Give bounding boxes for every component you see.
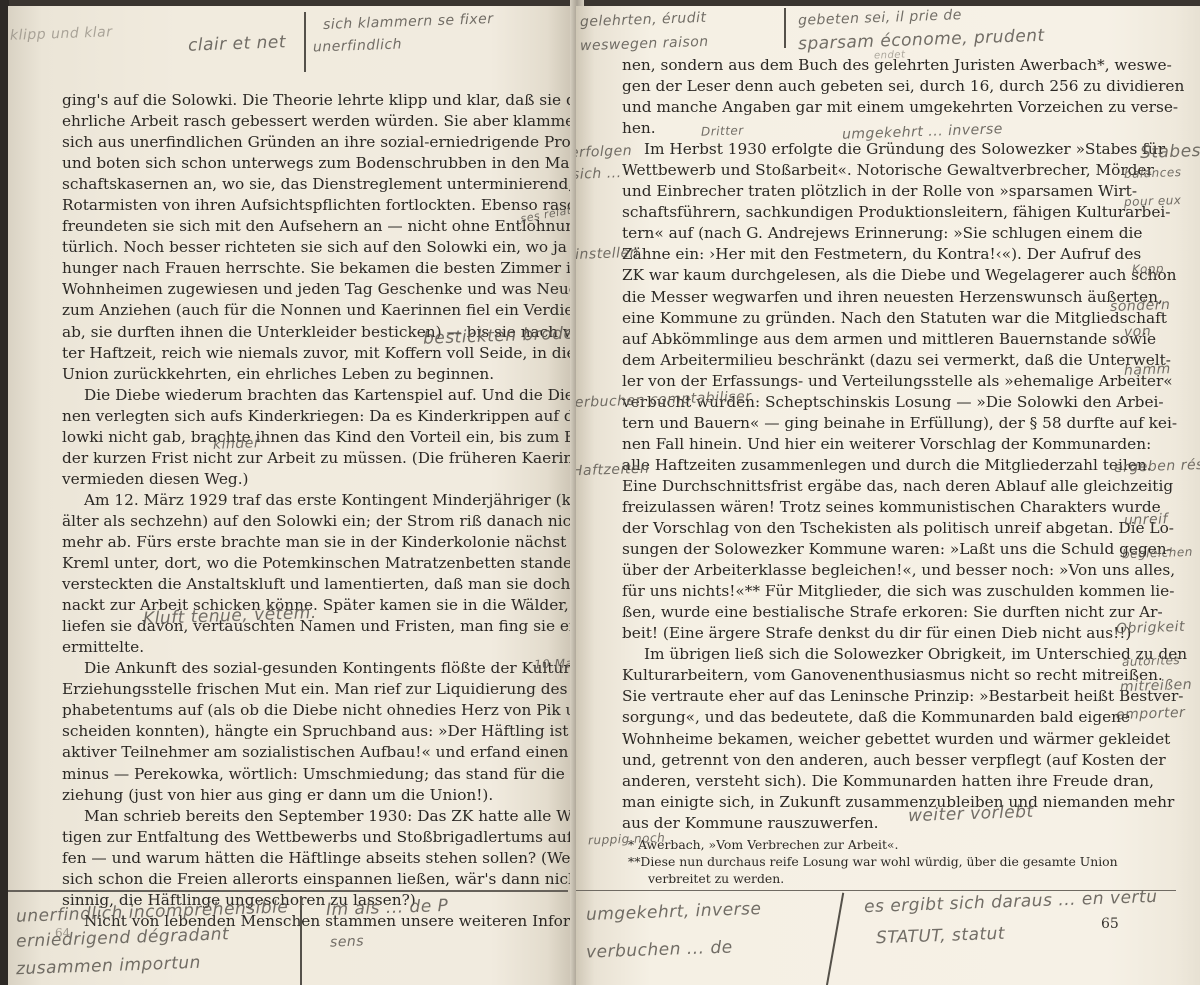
text-line: hunger nach Frauen herrschte. Sie bekame…	[62, 258, 532, 279]
annotation: sich klammern se fixer	[323, 11, 494, 33]
footnote: **Diese nun durchaus reife Losung war wo…	[628, 853, 1098, 870]
annotation: umgekehrt, inverse	[586, 899, 762, 925]
text-line: vermieden diesen Weg.)	[62, 469, 532, 490]
text-line: scheiden konnten), hängte ein Spruchband…	[62, 721, 532, 742]
text-line: Wettbewerb und Stoßarbeit«. Notorische G…	[622, 160, 1092, 181]
text-line: auf Abkömmlinge aus dem armen und mittle…	[622, 329, 1092, 350]
text-line: die Messer wegwarfen und ihren neuesten …	[622, 287, 1092, 308]
annotation: Dritter	[701, 123, 744, 138]
text-line: aktiver Teilnehmer am sozialistischen Au…	[62, 742, 532, 763]
text-line: Rotarmisten von ihren Aufsichtspflichten…	[62, 195, 532, 216]
annotation: Obrigkeit	[1116, 619, 1186, 637]
footnote-continuation: verbreitet zu werden.	[628, 870, 1098, 887]
annotation-divider	[300, 896, 302, 985]
text-line: Kulturarbeitern, vom Ganovenenthusiasmus…	[622, 665, 1092, 686]
annotation: Stabes	[1140, 141, 1200, 163]
text-line: nen, sondern aus dem Buch des gelehrten …	[622, 55, 1092, 76]
right-page: nen, sondern aus dem Buch des gelehrten …	[576, 6, 1200, 985]
text-line: Zähne ein: ›Her mit den Festmetern, du K…	[622, 244, 1092, 265]
page-number-right: 65	[1101, 916, 1119, 932]
annotation: ruppig noch	[588, 831, 666, 848]
annotation-divider	[826, 893, 844, 985]
text-line: dem Arbeitermilieu beschränkt (dazu sei …	[622, 350, 1092, 371]
text-line: Am 12. März 1929 traf das erste Kontinge…	[62, 490, 532, 511]
text-line: Im übrigen ließ sich die Solowezker Obri…	[622, 644, 1092, 665]
text-line: ziehung (just von hier aus ging er dann …	[62, 785, 532, 806]
book-spread: ging's auf die Solowki. Die Theorie lehr…	[0, 0, 1200, 985]
text-line: Im Herbst 1930 erfolgte die Gründung des…	[622, 139, 1092, 160]
text-line: nen Fall hinein. Und hier ein weiterer V…	[622, 434, 1092, 455]
text-line: mehr ab. Fürs erste brachte man sie in d…	[62, 532, 532, 553]
text-line: Man schrieb bereits den September 1930: …	[62, 806, 532, 827]
annotation: es ergibt sich daraus ... en vertu	[864, 887, 1158, 917]
text-line: ehrliche Arbeit rasch gebessert werden w…	[62, 111, 532, 132]
text-line: und, getrennt von den anderen, auch bess…	[622, 750, 1092, 771]
text-line: gen der Leser denn auch gebeten sei, dur…	[622, 76, 1092, 97]
annotation: pour eux	[1124, 193, 1182, 209]
annotation: autorités	[1122, 653, 1181, 669]
right-page-body: nen, sondern aus dem Buch des gelehrten …	[622, 55, 1092, 834]
annotation: Kopp	[1132, 261, 1165, 276]
text-line: ermittelte.	[62, 637, 532, 658]
text-line: türlich. Noch besser richteten sie sich …	[62, 237, 532, 258]
text-line: der kurzen Frist nicht zur Arbeit zu müs…	[62, 448, 532, 469]
annotation: sens	[330, 933, 365, 950]
annotation: zusammen importun	[16, 953, 202, 979]
text-line: beit! (Eine ärgere Strafe denkst du dir …	[622, 623, 1092, 644]
text-line: sorgung«, und das bedeutete, daß die Kom…	[622, 707, 1092, 728]
text-line: Union zurückkehrten, ein ehrliches Leben…	[62, 364, 532, 385]
text-line: Wohnheimen zugewiesen und jeden Tag Gesc…	[62, 279, 532, 300]
text-line: der Vorschlag von den Tschekisten als po…	[622, 518, 1092, 539]
annotation: verbuchen ... de	[586, 937, 733, 962]
text-line: Erziehungsstelle frischen Mut ein. Man r…	[62, 679, 532, 700]
annotation: emporter	[1116, 705, 1186, 723]
text-line: schaftsführern, sachkundigen Produktions…	[622, 202, 1092, 223]
annotation: unerfindlich	[313, 36, 403, 55]
annotation: gelehrten, érudit	[580, 10, 707, 30]
annotation: von	[1124, 324, 1152, 341]
text-line: Sie vertraute eher auf das Leninsche Pri…	[622, 686, 1092, 707]
annotation: gebeten sei, il prie de	[798, 7, 962, 29]
text-line: Eine Durchschnittsfrist ergäbe das, nach…	[622, 476, 1092, 497]
text-line: freundeten sie sich mit den Aufsehern an…	[62, 216, 532, 237]
text-line: tern und Bauern« — ging beinahe in Erfül…	[622, 413, 1092, 434]
annotation: balances	[1124, 165, 1182, 181]
annotation: kinder	[213, 435, 261, 453]
text-line: anderen, versteht sich). Die Kommunarden…	[622, 771, 1092, 792]
text-line: älter als sechzehn) auf den Solowki ein;…	[62, 511, 532, 532]
annotation-divider	[784, 8, 786, 48]
annotation: erfolgen	[576, 143, 632, 161]
text-line: tigen zur Entfaltung des Wettbewerbs und…	[62, 827, 532, 848]
text-line: lowki nicht gab, brachte ihnen das Kind …	[62, 427, 532, 448]
text-line: und boten sich schon unterwegs zum Boden…	[62, 153, 532, 174]
text-line: zum Anziehen (auch für die Nonnen und Ka…	[62, 300, 532, 321]
text-line: sich schon die Freien allerorts einspann…	[62, 869, 532, 890]
text-line: ZK war kaum durchgelesen, als die Diebe …	[622, 265, 1092, 286]
text-line: eine Kommune zu gründen. Nach den Statut…	[622, 308, 1092, 329]
text-line: und Einbrecher traten plötzlich in der R…	[622, 181, 1092, 202]
left-page: ging's auf die Solowki. Die Theorie lehr…	[8, 6, 576, 985]
text-line: schaftskasernen an, wo sie, das Dienstre…	[62, 174, 532, 195]
text-line: fen — und warum hätten die Häftlinge abs…	[62, 848, 532, 869]
text-line: für uns nichts!«** Für Mitglieder, die s…	[622, 581, 1092, 602]
footnotes: * Awerbach, »Vom Verbrechen zur Arbeit«.…	[628, 836, 1098, 887]
text-line: phabetentums auf (als ob die Diebe nicht…	[62, 700, 532, 721]
text-line: und manche Angaben gar mit einem umgekeh…	[622, 97, 1092, 118]
text-line: Die Diebe wiederum brachten das Kartensp…	[62, 385, 532, 406]
annotation: clair et net	[188, 32, 287, 55]
annotation: klipp und klar	[10, 24, 113, 44]
text-line: minus — Perekowka, wörtlich: Umschmiedun…	[62, 764, 532, 785]
text-line: ßen, wurde eine bestialische Strafe erko…	[622, 602, 1092, 623]
text-line: Wohnheime bekamen, weicher gebettet wurd…	[622, 729, 1092, 750]
text-line: nen verlegten sich aufs Kinderkriegen: D…	[62, 406, 532, 427]
text-line: freizulassen wären! Trotz seines kommuni…	[622, 497, 1092, 518]
annotation: sich ...	[576, 165, 622, 183]
footnote: * Awerbach, »Vom Verbrechen zur Arbeit«.	[628, 836, 1098, 853]
annotation: sparsam économe, prudent	[798, 26, 1045, 55]
annotation: endet	[874, 49, 906, 61]
text-line: tern« auf (nach G. Andrejews Erinnerung:…	[622, 223, 1092, 244]
annotation: ergeben résulte	[1114, 456, 1200, 476]
left-page-body: ging's auf die Solowki. Die Theorie lehr…	[62, 90, 532, 932]
annotation: einstellen	[576, 245, 639, 264]
annotation: unreif	[1124, 511, 1168, 529]
annotation: Im als ... de P	[326, 896, 449, 920]
annotation: sondern	[1110, 297, 1171, 315]
annotation-rule	[8, 890, 568, 892]
text-line: über der Arbeiterklasse begleichen!«, un…	[622, 560, 1092, 581]
annotation: hamm	[1124, 361, 1171, 379]
annotation: erniedrigend dégradant	[16, 924, 230, 951]
text-line: ler von der Erfassungs- und Verteilungss…	[622, 371, 1092, 392]
annotation: mitreißen	[1120, 677, 1193, 696]
annotation: Haftzeiten	[576, 461, 650, 480]
annotation: begleichen	[1122, 545, 1193, 561]
annotation: weswegen raison	[580, 34, 709, 54]
text-line: versteckten die Anstaltskluft und lament…	[62, 574, 532, 595]
annotation: STATUT, statut	[876, 924, 1006, 948]
text-line: sungen der Solowezker Kommune waren: »La…	[622, 539, 1092, 560]
text-line: Die Ankunft des sozial-gesunden Kontinge…	[62, 658, 532, 679]
text-line: sich aus unerfindlichen Gründen an ihre …	[62, 132, 532, 153]
text-line: Kreml unter, dort, wo die Potemkinschen …	[62, 553, 532, 574]
text-line: alle Haftzeiten zusammenlegen und durch …	[622, 455, 1092, 476]
annotation-divider	[304, 12, 306, 72]
text-line: ging's auf die Solowki. Die Theorie lehr…	[62, 90, 532, 111]
